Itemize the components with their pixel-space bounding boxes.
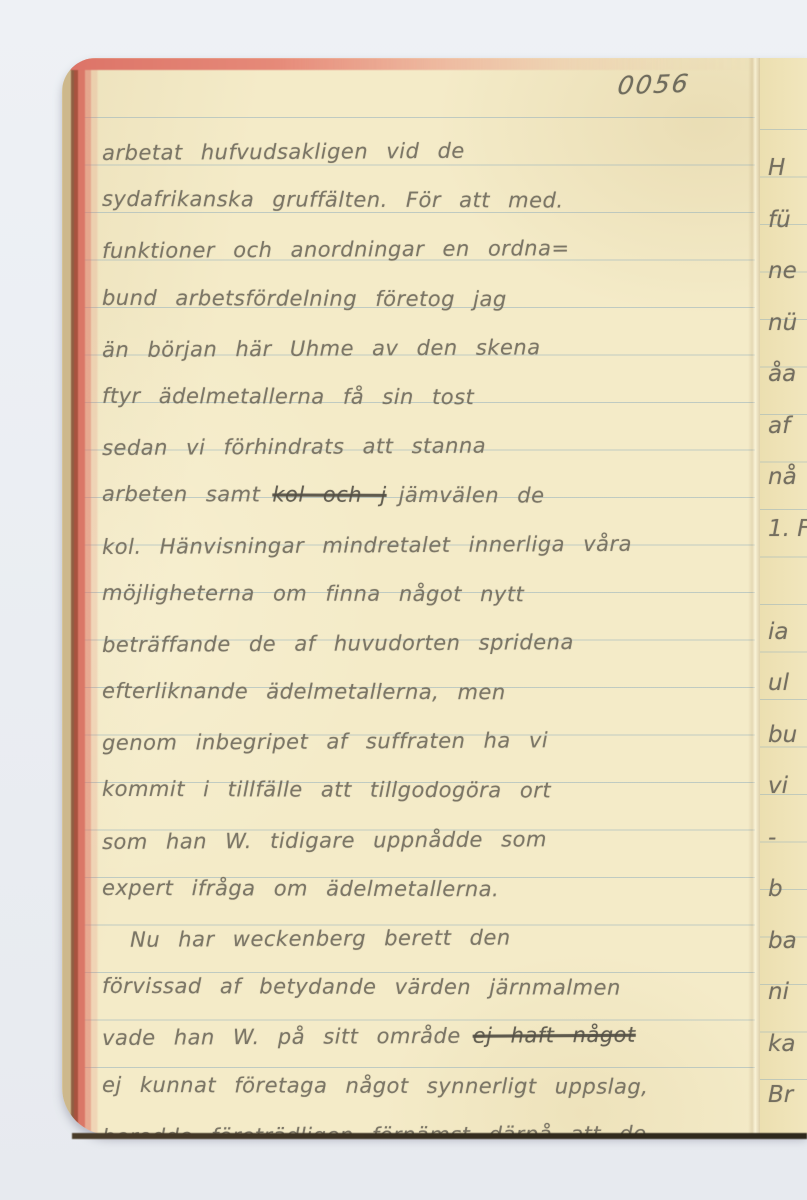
text-fragment: bu (768, 700, 807, 752)
facing-page-edge: H fü ne nü åa af nå 1. F ia ul bu vi - b… (760, 58, 807, 1135)
text-fragment: af (768, 391, 807, 443)
text-fragment: ni (768, 958, 807, 1010)
handwritten-line: bund arbetsfördelning företog jag (102, 263, 751, 314)
text-fragment (768, 546, 807, 598)
page-number: 0056 (616, 69, 692, 100)
handwritten-line: kol. Hänvisningar mindretalet innerliga … (102, 509, 751, 562)
text-fragment: nü (768, 288, 807, 340)
red-sprayed-page-edge-top (70, 58, 761, 70)
handwritten-line-paragraph-start: Nu har weckenberg berett den (102, 902, 751, 955)
handwritten-line: funktioner och anordningar en ordna= (102, 213, 751, 266)
handwritten-line: sedan vi förhindrats att stanna (102, 410, 751, 463)
text-fragment: Br (768, 1061, 807, 1113)
text-fragment: ia (768, 597, 807, 649)
handwritten-line: expert ifråga om ädelmetallerna. (102, 854, 751, 905)
text-fragment: b (768, 855, 807, 907)
handwritten-line: beträffande de af huvudorten spridena (102, 607, 751, 660)
handwritten-line: berodde företrädligen förnämst därpå att… (102, 1099, 751, 1135)
red-sprayed-page-edges-left (62, 58, 102, 1135)
handwritten-line: genom inbegripet af suffraten ha vi (102, 705, 751, 758)
handwritten-line: efterliknande ädelmetallerna, men (102, 657, 751, 708)
handwritten-line: ftyr ädelmetallerna få sin tost (102, 362, 751, 413)
struck-out-words: kol och j (272, 483, 386, 507)
text-fragment: 1. F (768, 494, 807, 546)
text-fragment: H (768, 134, 807, 186)
text-fragment (768, 82, 807, 134)
text-fragment: ul (768, 649, 807, 701)
handwritten-line-with-strikethrough: vade han W. på sitt område ej haft något (102, 1000, 751, 1053)
handwritten-line: än början här Uhme av den skena (102, 312, 751, 365)
book-bottom-shadow-edge (72, 1133, 807, 1139)
handwritten-text-block: arbetat hufvudsakligen vid de sydafrikan… (102, 117, 751, 1135)
handwritten-line: arbetat hufvudsakligen vid de (102, 115, 751, 168)
struck-out-words: ej haft något (473, 1023, 636, 1048)
text-fragment: vi (768, 752, 807, 804)
handwritten-line-with-strikethrough: arbeten samt kol och j jämvälen de (102, 460, 751, 511)
handwritten-line: förvissad af betydande värden järnmalmen (102, 952, 751, 1003)
handwritten-line: sydafrikanska gruffälten. För att med. (102, 165, 751, 216)
text-fragment: ka (768, 1009, 807, 1061)
handwritten-line: som han W. tidigare uppnådde som (102, 804, 751, 857)
text-fragment: fü (768, 185, 807, 237)
facing-page-text-fragments: H fü ne nü åa af nå 1. F ia ul bu vi - b… (768, 82, 807, 1135)
text-fragment: nå (768, 443, 807, 495)
text-fragment: - (768, 803, 807, 855)
text-fragment: Sh (768, 1112, 807, 1135)
text-fragment: åa (768, 340, 807, 392)
notebook-page: 0056 arbetat hufvudsakligen vid de sydaf… (62, 58, 807, 1135)
text-fragment: ne (768, 237, 807, 289)
gutter-crease (748, 58, 760, 1135)
handwritten-line: möjligheterna om finna något nytt (102, 559, 751, 610)
text-fragment: ba (768, 906, 807, 958)
handwritten-line: ej kunnat företaga något synnerligt upps… (102, 1050, 751, 1101)
handwritten-line: kommit i tillfälle att tillgodogöra ort (102, 755, 751, 806)
